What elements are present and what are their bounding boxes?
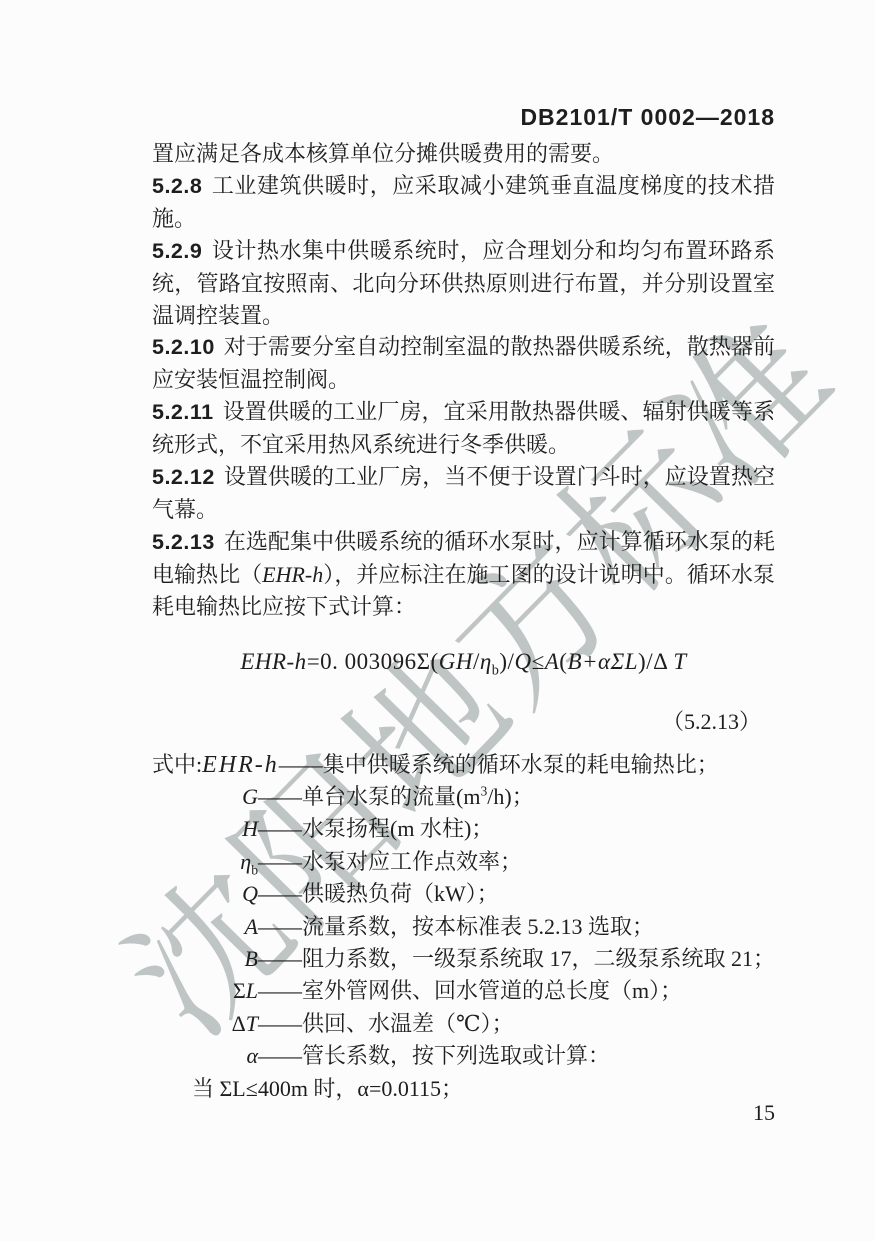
- section-number: 5.2.11: [152, 400, 214, 424]
- definition-row-q: Q —— 供暖热负荷（kW）；: [152, 878, 775, 910]
- definition-description: 水泵对应工作点效率；: [302, 846, 775, 878]
- definition-term: Q: [152, 878, 258, 910]
- formula-divider: )/: [499, 649, 514, 674]
- definition-term: G: [152, 781, 258, 813]
- definition-term: B: [152, 943, 258, 975]
- definition-term: ΔT: [152, 1008, 258, 1040]
- section-number: 5.2.10: [152, 335, 215, 359]
- definition-description: 供暖热负荷（kW）；: [302, 878, 775, 910]
- definition-description: 管长系数，按下列选取或计算：: [302, 1040, 775, 1072]
- paragraph-5-2-8: 5.2.8工业建筑供暖时，应采取减小建筑垂直温度梯度的技术措施。: [152, 170, 775, 235]
- definition-description: 流量系数，按本标准表 5.2.13 选取；: [302, 911, 775, 943]
- paragraph-text: 设置供暖的工业厂房，当不便于设置门斗时，应设置热空气幕。: [152, 464, 775, 522]
- formula-a: A: [545, 649, 560, 674]
- definition-row-g: G —— 单台水泵的流量(m3/h)；: [152, 781, 775, 813]
- standard-number-header: DB2101/T 0002—2018: [152, 104, 775, 131]
- ehr-formula: EHR-h=0. 003096Σ(GH/ηb)/Q≤A(B+αΣL)/Δ T: [152, 645, 775, 679]
- page-number: 15: [152, 1100, 783, 1126]
- section-number: 5.2.8: [152, 174, 202, 198]
- formula-t: T: [673, 649, 686, 674]
- definition-row-b: B —— 阻力系数，一级泵系统取 17，二级泵系统取 21；: [152, 943, 775, 975]
- formula-slash: /: [473, 649, 480, 674]
- definition-term: ηb: [152, 846, 258, 878]
- definition-description: 集中供暖系统的循环水泵的耗电输热比；: [323, 749, 775, 781]
- definition-row-alpha: α —— 管长系数，按下列选取或计算：: [152, 1040, 775, 1072]
- definition-dash: ——: [279, 749, 323, 781]
- paragraph-text: 对于需要分室自动控制室温的散热器供暖系统，散热器前应安装恒温控制阀。: [152, 334, 775, 392]
- where-label: 式中:: [152, 752, 202, 777]
- formula-close-delta: )/Δ: [638, 649, 673, 674]
- definition-row-sigma-l: ΣL —— 室外管网供、回水管道的总长度（m）；: [152, 975, 775, 1007]
- definition-dash: ——: [258, 911, 302, 943]
- definition-row-h: H —— 水泵扬程(m 水柱)；: [152, 813, 775, 845]
- document-body: 置应满足各成本核算单位分摊供暖费用的需要。 5.2.8工业建筑供暖时，应采取减小…: [152, 138, 775, 1105]
- paragraph-text: 工业建筑供暖时，应采取减小建筑垂直温度梯度的技术措施。: [152, 173, 775, 231]
- paragraph-5-2-10: 5.2.10对于需要分室自动控制室温的散热器供暖系统，散热器前应安装恒温控制阀。: [152, 331, 775, 396]
- definition-dash: ——: [258, 943, 302, 975]
- paragraph-5-2-11: 5.2.11设置供暖的工业厂房，宜采用散热器供暖、辐射供暖等系统形式，不宜采用热…: [152, 396, 775, 461]
- formula-number: （5.2.13）: [152, 707, 775, 737]
- paragraph-text: 置应满足各成本核算单位分摊供暖费用的需要。: [152, 141, 614, 166]
- definition-dash: ——: [258, 846, 302, 878]
- paragraph-5-2-9: 5.2.9设计热水集中供暖系统时，应合理划分和均匀布置环路系统，管路宜按照南、北…: [152, 235, 775, 332]
- definition-dash: ——: [258, 1008, 302, 1040]
- definition-dash: ——: [258, 813, 302, 845]
- definition-description: 单台水泵的流量(m3/h)；: [302, 781, 775, 813]
- paragraph-5-2-13: 5.2.13在选配集中供暖系统的循环水泵时，应计算循环水泵的耗电输热比（EHR-…: [152, 526, 775, 623]
- paragraph-text: 设计热水集中供暖系统时，应合理划分和均匀布置环路系统，管路宜按照南、北向分环供热…: [152, 238, 775, 328]
- section-number: 5.2.12: [152, 465, 215, 489]
- formula-eta: η: [480, 649, 492, 674]
- formula-coefficient: =0. 003096Σ(: [307, 649, 439, 674]
- paragraph-continuation: 置应满足各成本核算单位分摊供暖费用的需要。: [152, 138, 775, 170]
- formula-gh: GH: [439, 649, 473, 674]
- paragraph-5-2-12: 5.2.12设置供暖的工业厂房，当不便于设置门斗时，应设置热空气幕。: [152, 461, 775, 526]
- definition-row-eta: ηb —— 水泵对应工作点效率；: [152, 846, 775, 878]
- definition-term: H: [152, 813, 258, 845]
- definition-term: A: [152, 911, 258, 943]
- definition-dash: ——: [258, 781, 302, 813]
- definition-row-a: A —— 流量系数，按本标准表 5.2.13 选取；: [152, 911, 775, 943]
- definition-row-ehr-h: 式中:EHR-h —— 集中供暖系统的循环水泵的耗电输热比；: [152, 749, 775, 781]
- definition-dash: ——: [258, 1040, 302, 1072]
- section-number: 5.2.13: [152, 530, 215, 554]
- inline-variable-ehr-h: EHR-h: [262, 562, 323, 587]
- definition-dash: ——: [258, 878, 302, 910]
- formula-inner-term: B+αΣL: [567, 649, 638, 674]
- paragraph-text: 设置供暖的工业厂房，宜采用散热器供暖、辐射供暖等系统形式，不宜采用热风系统进行冬…: [152, 399, 775, 457]
- definition-description: 供回、水温差（℃）；: [302, 1008, 775, 1040]
- definition-row-delta-t: ΔT —— 供回、水温差（℃）；: [152, 1008, 775, 1040]
- document-page: 沈阳地方标准 DB2101/T 0002—2018 置应满足各成本核算单位分摊供…: [0, 0, 875, 1241]
- definition-dash: ——: [258, 975, 302, 1007]
- definition-description: 阻力系数，一级泵系统取 17，二级泵系统取 21；: [302, 943, 775, 975]
- definition-description: 水泵扬程(m 水柱)；: [302, 813, 775, 845]
- definition-term: α: [152, 1040, 258, 1072]
- formula-leq: ≤: [532, 649, 545, 674]
- definition-description: 室外管网供、回水管道的总长度（m）；: [302, 975, 775, 1007]
- formula-lhs: EHR-h: [240, 649, 306, 674]
- definition-term: ΣL: [152, 975, 258, 1007]
- formula-q: Q: [514, 649, 531, 674]
- definition-list: 式中:EHR-h —— 集中供暖系统的循环水泵的耗电输热比； G —— 单台水泵…: [152, 749, 775, 1105]
- definition-term: 式中:EHR-h: [152, 749, 279, 781]
- section-number: 5.2.9: [152, 239, 202, 263]
